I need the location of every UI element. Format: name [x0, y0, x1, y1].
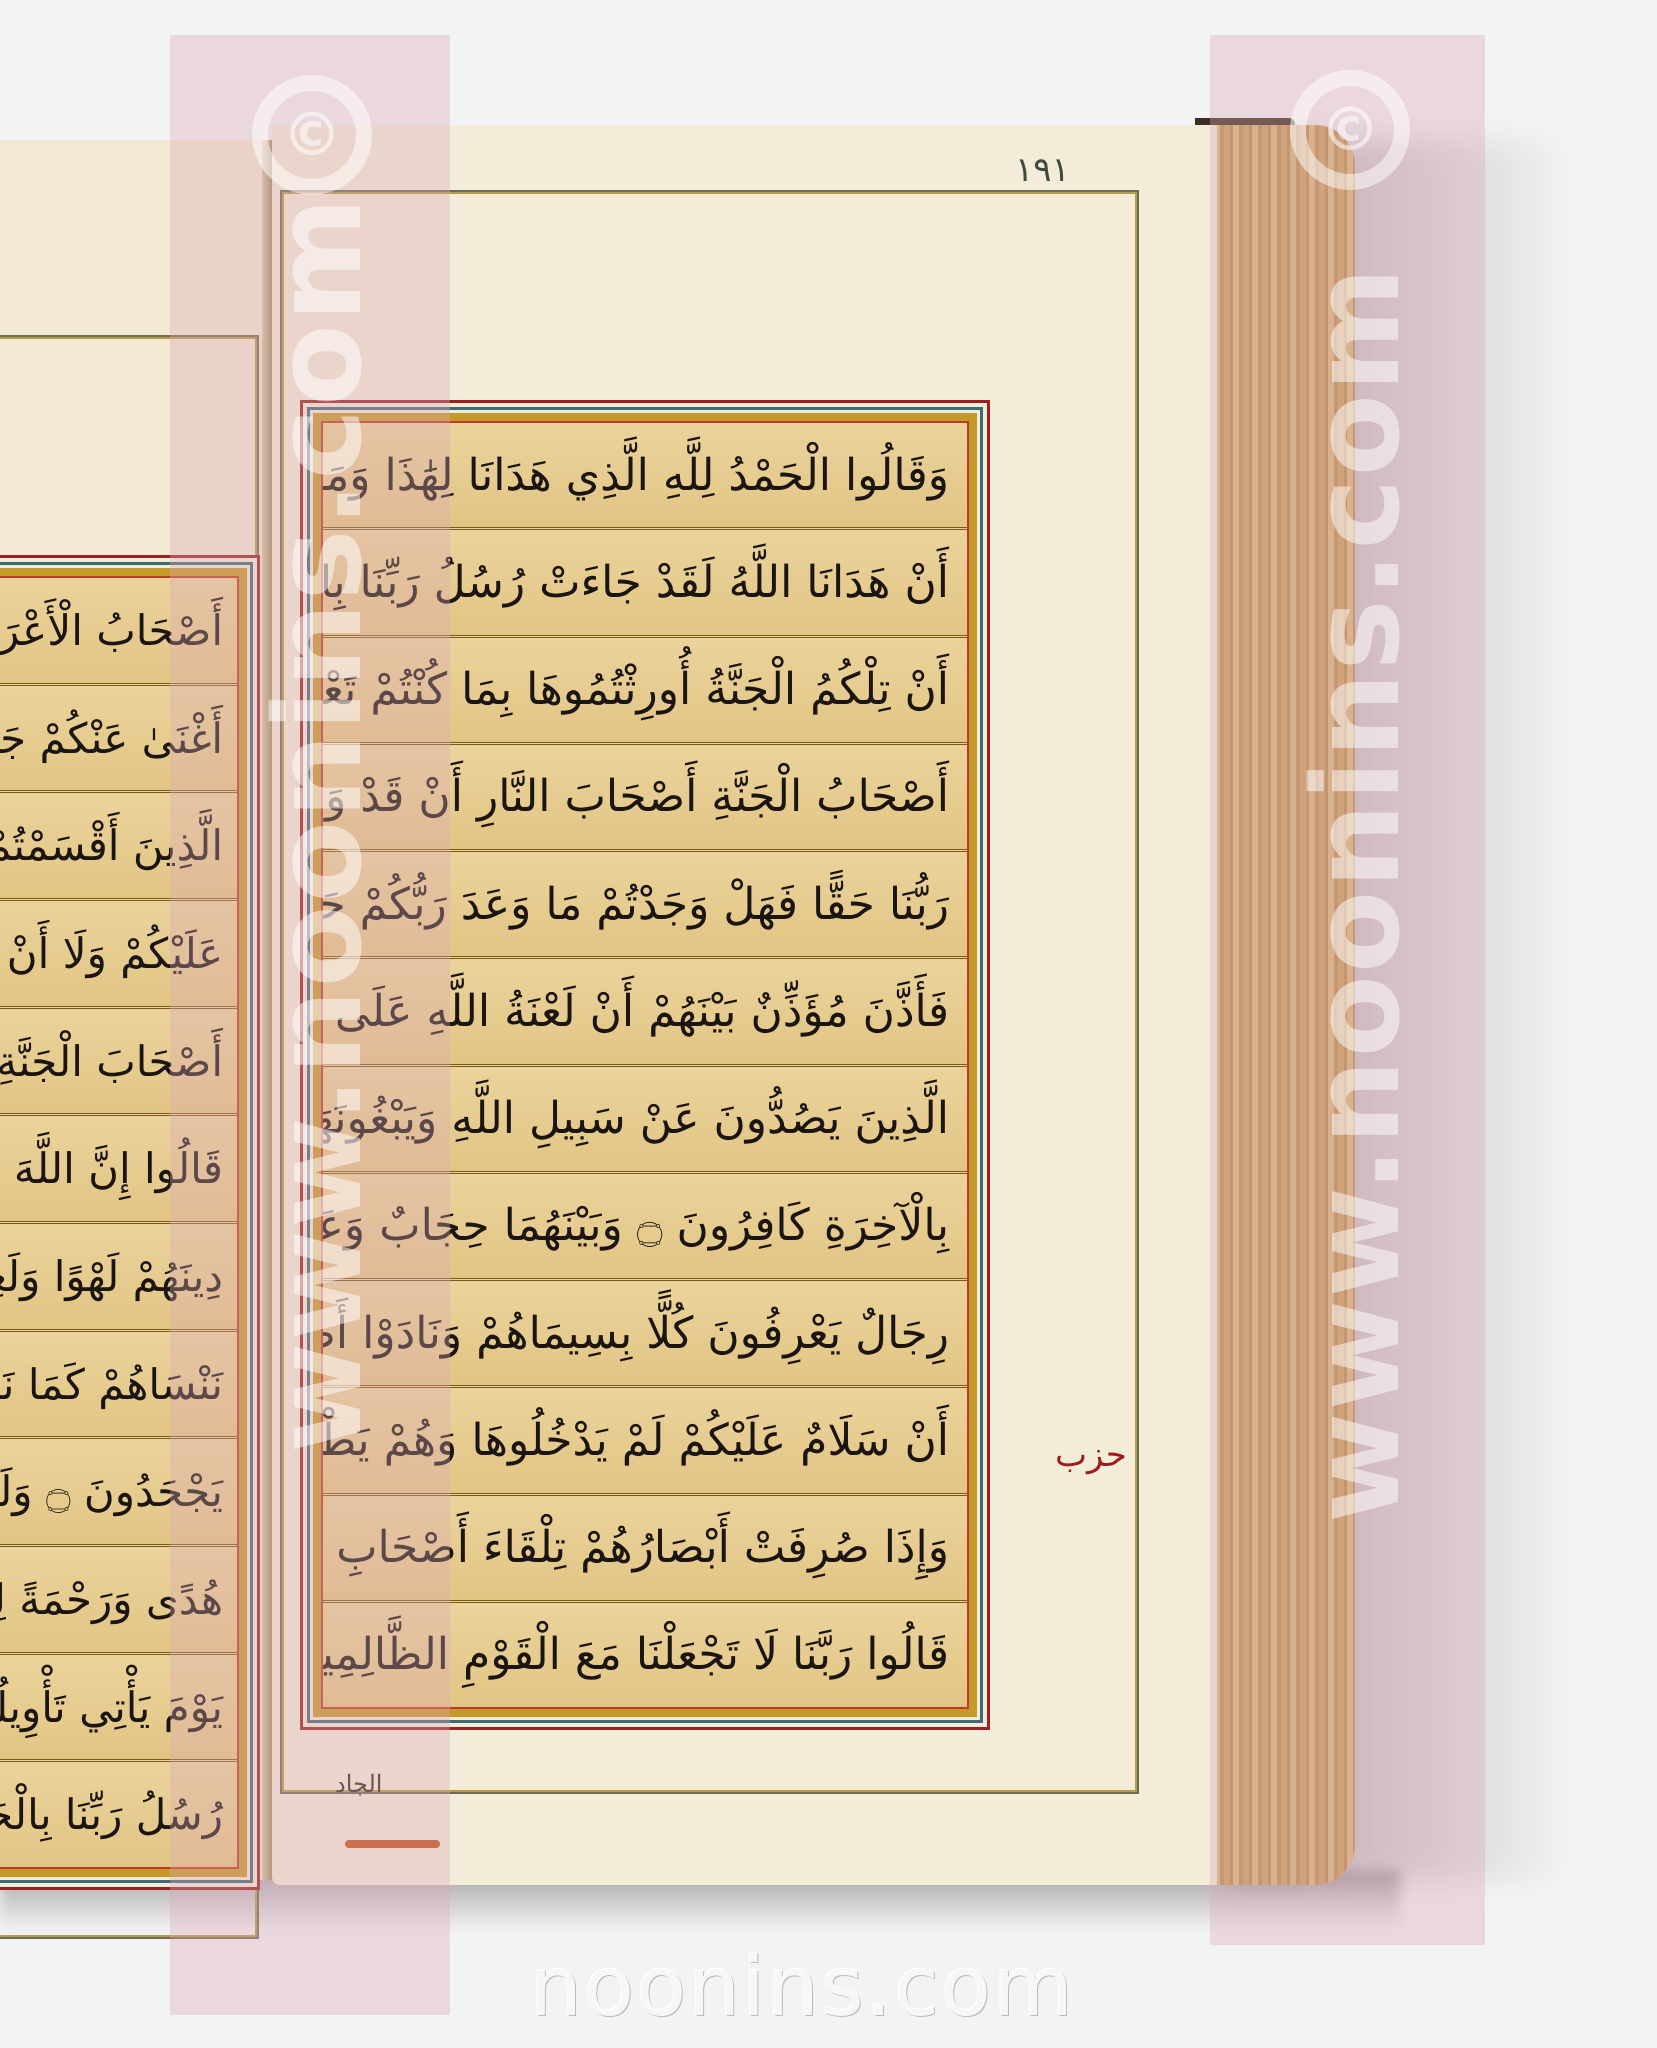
watermark-text-right: www.noonins.com: [1288, 265, 1427, 1523]
watermark-band-left: © www.noonins.com: [170, 35, 450, 2015]
watermark-text-bottom: noonins.com: [530, 1940, 1075, 2035]
copyright-icon: ©: [1290, 70, 1410, 190]
watermark-text-left: www.noonins.com: [250, 195, 389, 1453]
page-number: ١٩١: [1015, 150, 1070, 190]
watermark-band-right: © www.noonins.com: [1210, 35, 1485, 1945]
copyright-icon: ©: [252, 75, 372, 195]
hizb-margin-note: حزب: [1055, 1435, 1127, 1475]
